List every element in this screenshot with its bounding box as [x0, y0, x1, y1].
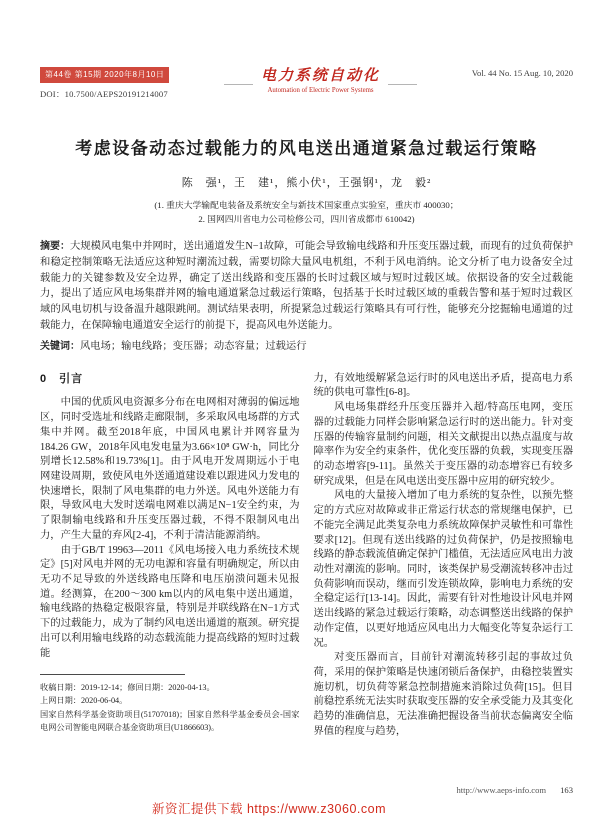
footnote-block: 收稿日期：2019-12-14；修回日期：2020-04-13。 上网日期：20… — [40, 681, 300, 734]
left-column: 0 引言 中国的优质风电资源多分布在电网相对薄弱的偏远地区，同时受选址和线路走廊… — [40, 372, 300, 740]
footnote-received-dates: 收稿日期：2019-12-14；修回日期：2020-04-13。 — [40, 681, 300, 694]
volume-info: Vol. 44 No. 15 Aug. 10, 2020 — [423, 64, 573, 78]
footnote-funding: 国家自然科学基金资助项目(51707018)；国家自然科学基金委员会-国家电网公… — [40, 708, 300, 734]
journal-url: http://www.aeps-info.com — [456, 785, 546, 795]
abstract-block: 摘要：大规模风电集中并网时，送出通道发生N−1故障，可能会导致输电线路和升压变压… — [40, 239, 573, 334]
download-watermark: 新资汇提供下载 https://www.z3060.com — [152, 799, 386, 817]
keywords-line: 关键词：风电场；输电线路；变压器；动态容量；过载运行 — [40, 337, 573, 352]
doi-text: DOI：10.7500/AEPS20191214007 — [40, 88, 218, 100]
logo-rule-right — [388, 84, 417, 85]
section-heading-intro: 0 引言 — [40, 372, 300, 388]
logo-rule-left — [224, 84, 253, 85]
paper-page: 第44卷 第15期 2020年8月10日 DOI：10.7500/AEPS201… — [0, 0, 613, 825]
paper-title: 考虑设备动态过载能力的风电送出通道紧急过载运行策略 — [40, 134, 573, 159]
footnote-divider — [40, 674, 185, 675]
authors-line: 陈 强¹，王 建¹，熊小伏¹，王强钢¹，龙 毅² — [40, 174, 573, 190]
affiliation-2: 2. 国网四川省电力公司检修公司，四川省成都市 610042) — [40, 212, 573, 226]
issue-box: 第44卷 第15期 2020年8月10日 — [40, 67, 169, 83]
body-paragraph: 风电的大量接入增加了电力系统的复杂性，以预先整定的方式应对故障或非正常运行状态的… — [314, 489, 574, 651]
journal-header: 第44卷 第15期 2020年8月10日 DOI：10.7500/AEPS201… — [40, 64, 573, 100]
right-column: 力，有效地缓解紧急运行时的风电送出矛盾，提高电力系统的供电可靠性[6-8]。 风… — [314, 372, 574, 740]
page-footer: http://www.aeps-info.com163 — [456, 785, 573, 795]
affiliations: (1. 重庆大学输配电装备及系统安全与新技术国家重点实验室，重庆市 400030… — [40, 198, 573, 226]
body-paragraph: 对变压器而言，目前针对潮流转移引起的事故过负荷，采用的保护策略是快速闭锁后备保护… — [314, 651, 574, 739]
page-number: 163 — [560, 785, 573, 795]
keywords-text: 风电场；输电线路；变压器；动态容量；过载运行 — [80, 341, 307, 352]
body-paragraph: 由于GB/T 19963—2011《风电场接入电力系统技术规定》[5]对风电并网… — [40, 544, 300, 662]
body-columns: 0 引言 中国的优质风电资源多分布在电网相对薄弱的偏远地区，同时受选址和线路走廊… — [40, 372, 573, 740]
abstract-paragraph: 摘要：大规模风电集中并网时，送出通道发生N−1故障，可能会导致输电线路和升压变压… — [40, 239, 573, 334]
header-left: 第44卷 第15期 2020年8月10日 DOI：10.7500/AEPS201… — [40, 64, 218, 100]
footnote-online-date: 上网日期：2020-06-04。 — [40, 694, 300, 707]
affiliation-1: (1. 重庆大学输配电装备及系统安全与新技术国家重点实验室，重庆市 400030… — [40, 198, 573, 212]
body-paragraph: 风电场集群经升压变压器并入超/特高压电网，变压器的过载能力同样会影响紧急运行时的… — [314, 401, 574, 489]
keywords-label: 关键词： — [40, 341, 80, 352]
abstract-label: 摘要： — [40, 241, 70, 252]
journal-name-cn: 电力系统自动化 — [261, 64, 380, 85]
body-paragraph: 中国的优质风电资源多分布在电网相对薄弱的偏远地区，同时受选址和线路走廊限制，多采… — [40, 396, 300, 543]
body-paragraph: 力，有效地缓解紧急运行时的风电送出矛盾，提高电力系统的供电可靠性[6-8]。 — [314, 372, 574, 401]
abstract-text: 大规模风电集中并网时，送出通道发生N−1故障，可能会导致输电线路和升压变压器过载… — [40, 241, 573, 331]
journal-name-en: Automation of Electric Power Systems — [261, 87, 380, 94]
journal-logo: 电力系统自动化 Automation of Electric Power Sys… — [218, 64, 423, 94]
logo-block: 电力系统自动化 Automation of Electric Power Sys… — [253, 64, 388, 94]
